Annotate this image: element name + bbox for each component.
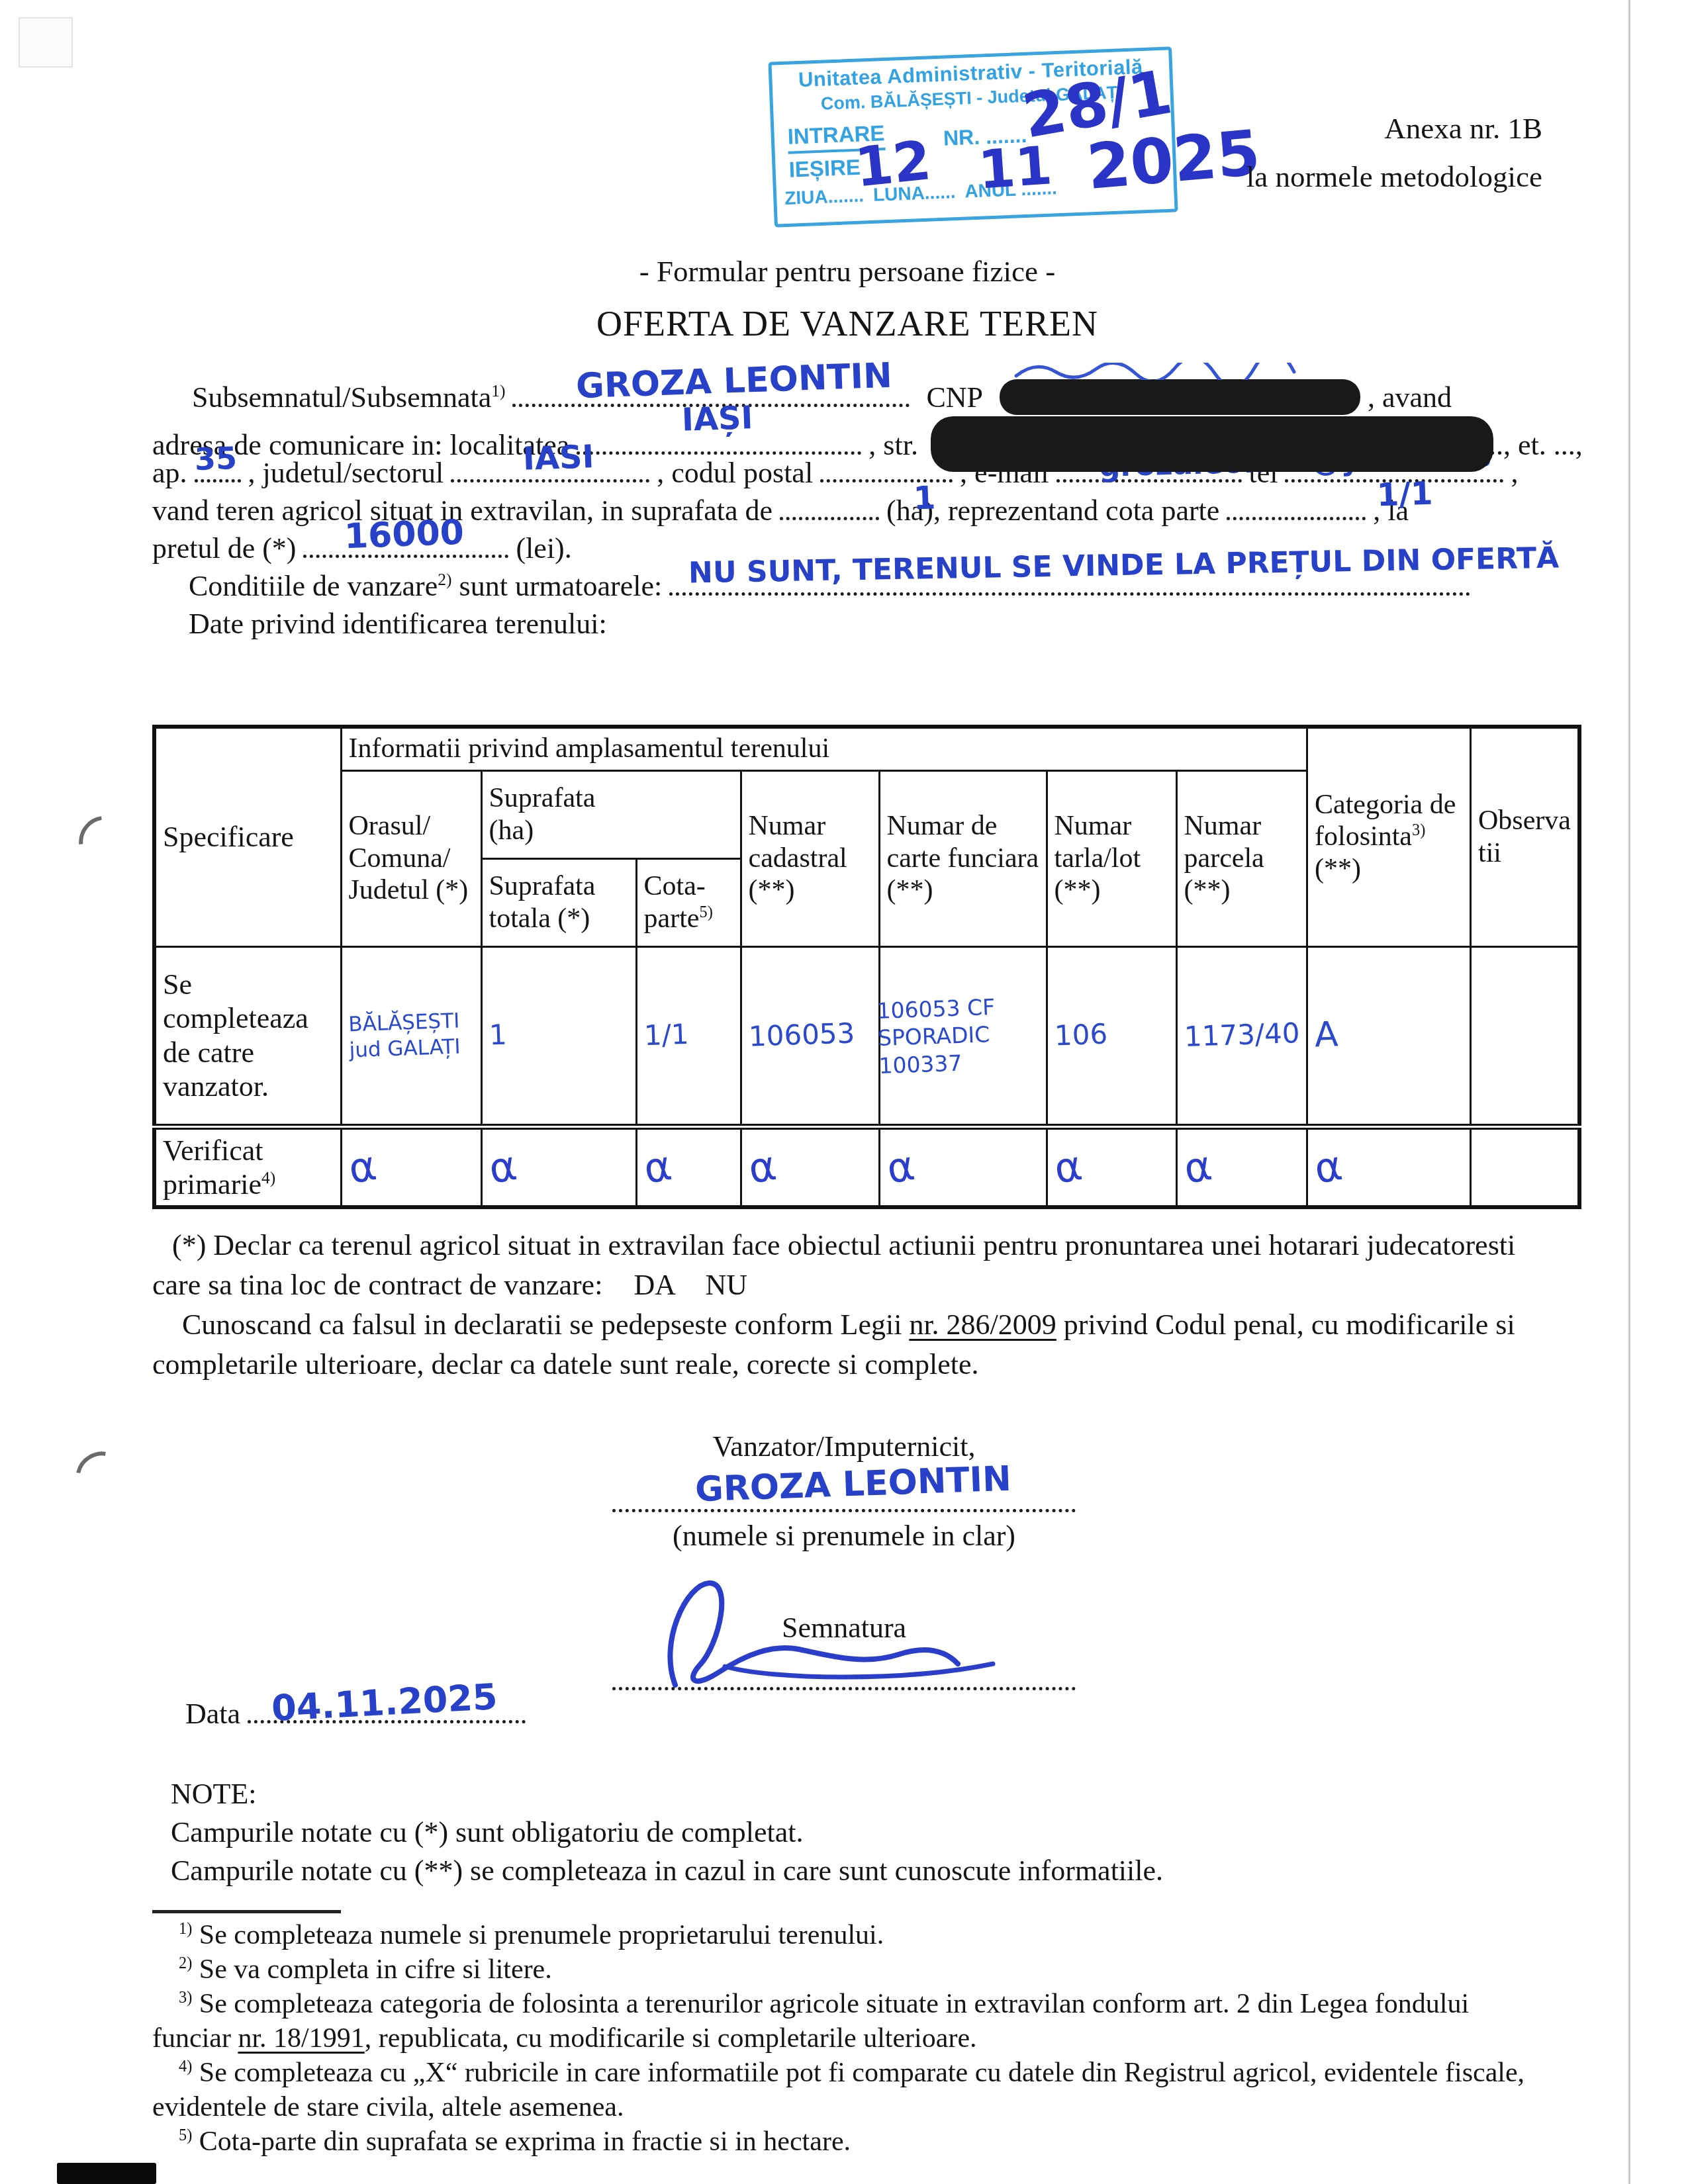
note-asterisk: Campurile notate cu (*) sunt obligatoriu… bbox=[171, 1813, 1163, 1852]
check-mark-suprafata: α bbox=[481, 1126, 636, 1207]
label-subsemnatul: Subsemnatul/Subsemnata bbox=[192, 381, 491, 414]
header-parcela: Numar parcela (**) bbox=[1176, 770, 1307, 946]
date-line: Data 04.11.2025 bbox=[185, 1694, 526, 1734]
line-adresa: adresa de comunicare in: localitatea , s… bbox=[152, 416, 1542, 454]
handwritten-ap: 35 bbox=[194, 443, 238, 475]
row-label-verificat: Verificat primarie4) bbox=[154, 1126, 341, 1207]
stamp-ziua-label: ZIUA....... bbox=[784, 185, 865, 208]
label-cota-parte: (ha), reprezentand cota parte bbox=[886, 494, 1219, 527]
label-cod-postal: , codul postal bbox=[657, 457, 813, 489]
line-date-teren: Date privind identificarea terenului: bbox=[152, 605, 1542, 643]
check-mark-oras: α bbox=[341, 1126, 481, 1207]
notes-block: NOTE: Campurile notate cu (*) sunt oblig… bbox=[171, 1775, 1163, 1890]
handwritten-cota: 1/1 bbox=[1376, 478, 1433, 512]
footnote-2: 2) Se va completa in cifre si litere. bbox=[152, 1952, 1552, 1987]
label-judet: , judetul/sectorul bbox=[248, 457, 444, 489]
footnote-separator-rule bbox=[152, 1910, 341, 1913]
label-cnp: CNP bbox=[926, 381, 983, 414]
handwritten-judet: IASI bbox=[522, 441, 594, 475]
declaration-block: (*) Declar ca terenul agricol situat in … bbox=[152, 1226, 1542, 1385]
footnote-1: 1) Se completeaza numele si prenumele pr… bbox=[152, 1918, 1552, 1952]
check-mark-cadastral: α bbox=[741, 1126, 879, 1207]
row-label-vanzator: Se completeaza de catre vanzator. bbox=[154, 946, 341, 1126]
footnote-3: 3) Se completeaza categoria de folosinta… bbox=[152, 1987, 1552, 2056]
footnote-4: 4) Se completeaza cu „X“ rubricile in ca… bbox=[152, 2056, 1552, 2124]
form-body-paragraph: Subsemnatul/Subsemnata1) CNP , avand GRO… bbox=[152, 379, 1542, 643]
cell-cota-value: 1/1 bbox=[636, 946, 741, 1126]
row-verified-by-cityhall: Verificat primarie4) α α α α α α α α bbox=[154, 1126, 1579, 1207]
label-date-teren: Date privind identificarea terenului: bbox=[189, 608, 607, 640]
header-suprafata-ha: Suprafata (ha) bbox=[481, 770, 741, 858]
label-pretul: pretul de (*) bbox=[152, 532, 296, 565]
scan-bottom-mark bbox=[57, 2163, 156, 2184]
scan-edge-line bbox=[1628, 0, 1630, 2184]
footnotes-block: 1) Se completeaza numele si prenumele pr… bbox=[152, 1918, 1552, 2159]
row-completed-by-seller: Se completeaza de catre vanzator. BĂLĂȘE… bbox=[154, 946, 1579, 1126]
handwritten-seller-name: GROZA LEONTIN bbox=[575, 359, 892, 404]
annex-number: Anexa nr. 1B bbox=[1092, 105, 1542, 153]
option-nu: NU bbox=[706, 1269, 748, 1301]
page-title: OFERTA DE VANZARE TEREN bbox=[152, 303, 1542, 344]
handwritten-suprafata: 1 bbox=[913, 482, 936, 514]
cell-tarla-value: 106 bbox=[1047, 946, 1176, 1126]
header-suprafata-totala: Suprafata totala (*) bbox=[481, 858, 636, 946]
scanned-form-page: Unitatea Administrativ - Teritorială Com… bbox=[0, 0, 1688, 2184]
cell-suprafata-value: 1 bbox=[481, 946, 636, 1126]
annex-norms: la normele metodologice bbox=[1092, 153, 1542, 201]
law-18-1991: nr. 18/1991 bbox=[238, 2023, 364, 2054]
cell-observatii-value bbox=[1470, 946, 1579, 1126]
name-in-clear-label: (numele si prenumele in clar) bbox=[546, 1519, 1142, 1553]
comma: , bbox=[1511, 457, 1518, 489]
header-numar-cadastral: Numar cadastral (**) bbox=[741, 770, 879, 946]
date-label: Data bbox=[185, 1698, 240, 1730]
label-avand: , avand bbox=[1368, 381, 1452, 414]
check-mark-tarla: α bbox=[1047, 1126, 1176, 1207]
check-mark-carte: α bbox=[879, 1126, 1047, 1207]
cell-cadastral-value: 106053 bbox=[741, 946, 879, 1126]
scan-corner-artifact bbox=[19, 17, 73, 68]
annex-reference: Anexa nr. 1B la normele metodologice bbox=[1092, 105, 1542, 201]
land-identification-table: Specificare Informatii privind amplasame… bbox=[152, 725, 1581, 1209]
header-cota-parte: Cota-parte5) bbox=[636, 858, 741, 946]
header-tarla-lot: Numar tarla/lot (**) bbox=[1047, 770, 1176, 946]
header-categoria-folosinta: Categoria de folosinta3) (**) bbox=[1307, 727, 1470, 946]
note-double-asterisk: Campurile notate cu (**) se completeaza … bbox=[171, 1852, 1163, 1890]
law-286-2009: nr. 286/2009 bbox=[909, 1308, 1056, 1341]
punch-hole-mark bbox=[69, 806, 138, 875]
label-ap: ap. bbox=[152, 457, 187, 489]
suprafata-dotted-field bbox=[780, 493, 879, 520]
cell-oras-value: BĂLĂȘEȘTI jud GALAȚI bbox=[341, 946, 481, 1126]
header-specificare: Specificare bbox=[154, 727, 341, 946]
footnote-ref-2: 2) bbox=[438, 570, 451, 589]
handwritten-localitate: IAȘI bbox=[681, 402, 753, 436]
footnote-ref-1: 1) bbox=[491, 381, 505, 400]
footnote-5: 5) Cota-parte din suprafata se exprima i… bbox=[152, 2124, 1552, 2159]
line-subsemnatul: Subsemnatul/Subsemnata1) CNP , avand GRO… bbox=[152, 379, 1542, 416]
option-da: DA bbox=[633, 1269, 674, 1301]
header-carte-funciara: Numar de carte funciara (**) bbox=[879, 770, 1047, 946]
signer-name-line: GROZA LEONTIN bbox=[546, 1463, 1142, 1519]
label-urmatoarele: sunt urmatoarele: bbox=[459, 570, 663, 602]
stamp-day-handwritten: 12 bbox=[853, 134, 933, 195]
cell-parcela-value: 1173/40 bbox=[1176, 946, 1307, 1126]
label-conditii: Conditiile de vanzare bbox=[189, 570, 438, 602]
cnp-handwriting-peek bbox=[1013, 363, 1317, 380]
signature-area: Semnatura bbox=[546, 1570, 1142, 1696]
signer-role-label: Vanzator/Imputernicit, bbox=[546, 1430, 1142, 1463]
street-redaction-box bbox=[931, 416, 1493, 472]
label-lei: (lei). bbox=[516, 532, 571, 565]
header-observatii: Observatii bbox=[1470, 727, 1579, 946]
stamp-iesire-label: IEȘIRE bbox=[788, 155, 861, 183]
declaration-judicial: (*) Declar ca terenul agricol situat in … bbox=[152, 1226, 1542, 1305]
check-mark-cota: α bbox=[636, 1126, 741, 1207]
header-informatii-amplasament: Informatii privind amplasamentul terenul… bbox=[341, 727, 1307, 770]
cell-categoria-value: A bbox=[1307, 946, 1470, 1126]
cota-dotted-field bbox=[1227, 493, 1366, 520]
signature-block: Vanzator/Imputernicit, GROZA LEONTIN (nu… bbox=[546, 1430, 1142, 1696]
punch-hole-mark bbox=[66, 1442, 135, 1510]
stamp-month-handwritten: 11 bbox=[976, 139, 1054, 197]
cnp-redaction-box bbox=[1000, 379, 1360, 415]
form-type-subtitle: - Formular pentru persoane fizice - bbox=[152, 254, 1542, 289]
notes-title: NOTE: bbox=[171, 1775, 1163, 1813]
signature-dotted-field bbox=[612, 1663, 1076, 1690]
check-mark-categoria: α bbox=[1307, 1126, 1470, 1207]
header-oras-comuna-judet: Orasul/ Comuna/ Judetul (*) bbox=[341, 770, 481, 946]
handwritten-pret: 16000 bbox=[344, 516, 465, 554]
cell-carte-funciara-value: 106053 CF SPORADIC 100337 bbox=[879, 946, 1047, 1126]
line-conditii: Conditiile de vanzare2) sunt urmatoarele… bbox=[152, 567, 1542, 605]
declaration-penal: Cunoscand ca falsul in declaratii se ped… bbox=[152, 1305, 1542, 1385]
check-mark-parcela: α bbox=[1176, 1126, 1307, 1207]
check-mark-observatii-empty bbox=[1470, 1126, 1579, 1207]
handwritten-signer-name: GROZA LEONTIN bbox=[694, 1462, 1011, 1508]
